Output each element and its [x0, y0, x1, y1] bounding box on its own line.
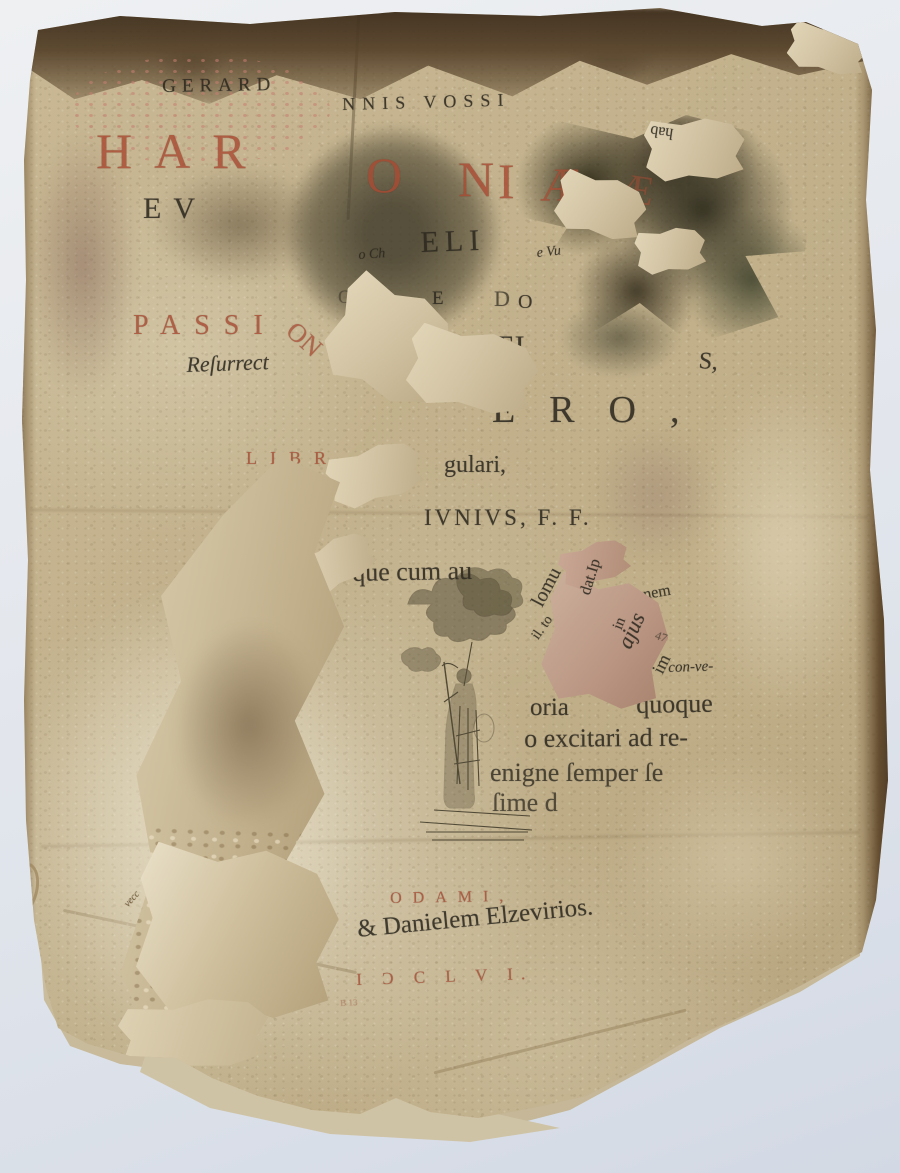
- text-note-och: o Ch: [358, 246, 386, 264]
- burned-edge-right: [854, 0, 900, 1173]
- light-patch-mid-right: [700, 380, 870, 710]
- text-passion: PASSI: [133, 310, 277, 342]
- text-frag-s: S,: [698, 348, 720, 377]
- text-excitari: o excitari ad re-: [524, 723, 688, 754]
- text-sime: ſime d: [492, 788, 558, 818]
- text-junius: IVNIVS, F. F.: [424, 505, 592, 531]
- book-title-page: GERARD NNIS VOSSI HAR O N I Æ Æ EV ELI o…: [0, 0, 900, 1173]
- text-note-evu: e Vu: [536, 243, 562, 261]
- photo-damaged-book: GERARD NNIS VOSSI HAR O N I Æ Æ EV ELI o…: [0, 0, 900, 1173]
- text-subtitle-ev: EV: [143, 192, 207, 226]
- text-hab-upside-down: hab: [649, 121, 674, 142]
- text-resurrect: Reſurrect: [186, 349, 269, 378]
- text-title-i: I: [498, 152, 515, 210]
- text-benigne: enigne ſemper ſe: [490, 758, 663, 788]
- text-gulari: gulari,: [444, 452, 506, 479]
- text-title-har: HAR: [96, 122, 268, 180]
- text-conve: con-ve-: [668, 658, 714, 677]
- light-patch-bottom-right: [620, 760, 850, 960]
- text-shelf-mark: B 13: [340, 997, 358, 1008]
- text-author-mid: NNIS VOSSI: [342, 90, 511, 115]
- blotch-mid-right: [560, 298, 680, 378]
- text-line-e: E: [432, 288, 444, 310]
- binding-cord-loop-lower: [6, 929, 41, 998]
- text-frag-d: D: [494, 286, 510, 312]
- text-line-o2: O: [518, 291, 532, 314]
- text-author-top: GERARD: [162, 74, 276, 98]
- text-oria: oria: [530, 694, 569, 722]
- text-title-o: O: [366, 146, 402, 204]
- text-title-n: N: [458, 150, 494, 208]
- text-subtitle-eli: ELI: [420, 224, 486, 260]
- text-vero: ERO,: [492, 388, 714, 432]
